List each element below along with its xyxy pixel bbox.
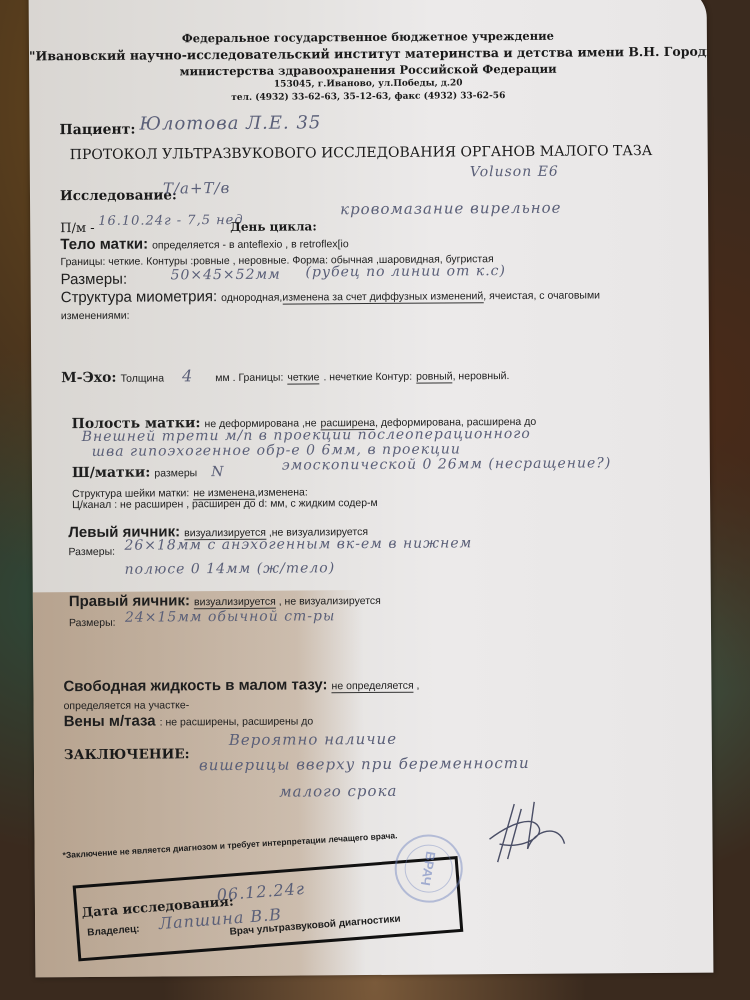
cervical-canal: Ц/канал : не расширен , расширен до d: м… — [72, 497, 378, 511]
sizes-label: Размеры: — [61, 271, 128, 288]
cycle-day-label: День цикла: — [230, 219, 317, 234]
veins-row: Вены м/таза : не расширены, расширены до — [64, 711, 314, 731]
right-ovary-label: Правый яичник: — [69, 592, 190, 610]
left-ovary-note-line-1: 26×18мм с анэхогенным вк-ем в нижнем — [124, 535, 472, 553]
cycle-note: кровомазание вирельное — [340, 199, 562, 219]
free-fluid-line-2: определяется на участке- — [64, 699, 190, 712]
uterus-body-row: Тело матки: определяется - в anteflexio … — [60, 234, 348, 254]
left-ovary-sizes-label: Размеры: — [68, 546, 115, 558]
uterus-body-label: Тело матки: — [60, 236, 148, 254]
free-fluid-row: Свободная жидкость в малом тазу: не опре… — [63, 676, 419, 696]
conclusion-line-3: малого срока — [279, 782, 397, 801]
lmp-label: П/м - — [60, 221, 94, 236]
veins-options: : не расширены, расширены до — [160, 715, 314, 728]
cervix-label: Ш/матки: — [72, 465, 151, 482]
m-echo-thickness-label: Толщина — [121, 372, 165, 384]
cavity-note-line-3: эмоскопической 0 26мм (несращение?) — [282, 455, 611, 473]
m-echo-contour-rest: , неровный. — [453, 370, 510, 382]
uterus-body-options: определяется - в anteflexio , в retrofle… — [152, 238, 349, 251]
institution-address: 153045, г.Иваново, ул.Победы, д.20 — [29, 77, 707, 92]
study-value: Т/а+Т/в — [163, 179, 230, 197]
conclusion-label: ЗАКЛЮЧЕНИЕ: — [64, 746, 190, 763]
conclusion-line-1: Вероятно наличие — [229, 730, 397, 749]
patient-name: Юлотова Л.Е. 35 — [139, 112, 321, 134]
device-note: Voluson E6 — [470, 164, 559, 181]
protocol-title: ПРОТОКОЛ УЛЬТРАЗВУКОВОГО ИССЛЕДОВАНИЯ ОР… — [70, 143, 653, 163]
m-echo-contour-label: . нечеткие Контур: — [323, 371, 412, 384]
stamp-text: ВРАЧ — [418, 850, 439, 886]
patient-label: Пациент: — [59, 122, 135, 139]
right-ovary-selected: визуализируется — [194, 596, 276, 610]
myometrium-option-rest: , ячеистая, с очаговыми — [483, 289, 600, 302]
m-echo-label: М-Эхо: — [61, 370, 116, 386]
left-ovary-note-line-2: полюсе 0 14мм (ж/тело) — [125, 560, 336, 577]
study-label: Исследование: — [60, 187, 177, 204]
institution-phones: тел. (4932) 33-62-63, 35-12-63, факс (49… — [29, 90, 707, 105]
myometrium-selected-option: изменена за счет диффузных изменений — [282, 290, 483, 304]
myometrium-label: Структура миометрия: — [61, 288, 218, 306]
veins-label: Вены м/таза — [64, 713, 156, 731]
m-echo-selected-border: четкие — [287, 371, 319, 384]
m-echo-selected-contour: ровный — [416, 370, 453, 383]
owner-label: Владелец: — [87, 924, 140, 939]
myometrium-row: Структура миометрия: однородная,изменена… — [61, 285, 600, 307]
doctor-signature — [479, 794, 569, 865]
ultrasound-protocol-sheet: Федеральное государственное бюджетное уч… — [29, 0, 714, 977]
uterus-sizes-value: 50×45×52мм — [170, 267, 280, 284]
right-ovary-note: 24×15мм обычной ст-ры — [125, 608, 336, 625]
cervix-sizes-value: N — [211, 464, 224, 480]
study-date-value: 06.12.24г — [216, 879, 306, 905]
uterus-sizes-note: (рубец по линии от к.с) — [305, 263, 506, 280]
free-fluid-label: Свободная жидкость в малом тазу: — [63, 676, 327, 695]
myometrium-option: однородная, — [221, 292, 282, 304]
lmp-value: 16.10.24г - 7,5 нед — [98, 213, 244, 229]
free-fluid-rest: , — [414, 680, 420, 692]
free-fluid-selected: не определяется — [331, 680, 413, 694]
m-echo-row: М-Эхо: Толщина 4 мм . Границы: четкие . … — [61, 364, 509, 387]
right-ovary-option-rest: , не визуализируется — [276, 595, 381, 608]
m-echo-borders-label: мм . Границы: — [215, 372, 283, 384]
m-echo-thickness-value: 4 — [182, 366, 193, 385]
myometrium-line-2: изменениями: — [61, 310, 130, 322]
disclaimer: *Заключение не является диагнозом и треб… — [62, 830, 397, 860]
cervix-sizes-label: размеры — [154, 467, 197, 479]
conclusion-line-2: вишерицы вверху при беременности — [199, 754, 530, 774]
right-ovary-sizes-label: Размеры: — [69, 617, 116, 629]
cervix-row: Ш/матки: размеры N — [72, 463, 225, 482]
